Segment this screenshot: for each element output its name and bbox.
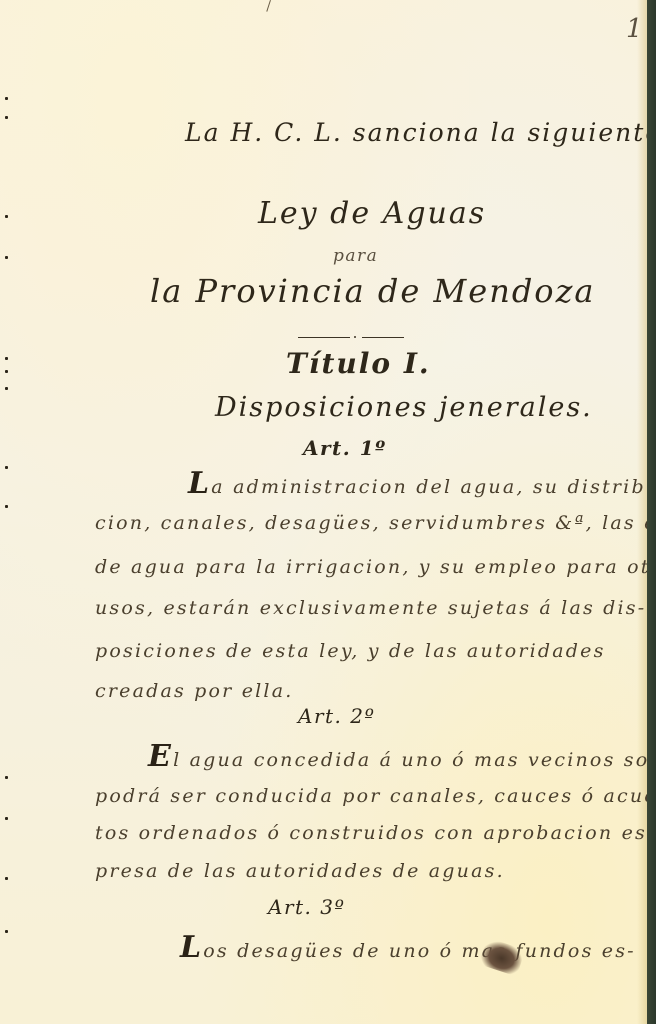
- article-text-line: a administracion del agua, su distribu-: [211, 476, 656, 498]
- binding-hole: [5, 466, 8, 469]
- decorative-rule: [298, 337, 350, 338]
- article-label: Art. 3º: [268, 895, 345, 919]
- binding-hole: [5, 930, 8, 933]
- binding-hole: [5, 215, 8, 218]
- article-text-line: usos, estarán exclusivamente sujetas á l…: [95, 597, 646, 619]
- binding-hole: [5, 505, 8, 508]
- article-3-first-line: Los desagües de uno ó mas fundos es-: [180, 930, 636, 965]
- section-title: Título I.: [286, 347, 431, 380]
- binding-hole: [5, 776, 8, 779]
- drop-initial: E: [148, 739, 173, 774]
- article-text-line: posiciones de esta ley, y de las autorid…: [95, 640, 606, 662]
- binding-hole: [5, 357, 8, 360]
- decorative-rule-dot: [354, 336, 356, 338]
- binding-hole: [5, 256, 8, 259]
- article-text-line: tos ordenados ó construidos con aprobaci…: [95, 822, 656, 844]
- drop-initial: L: [180, 930, 203, 965]
- article-text-line: os desagües de uno ó mas fundos es-: [203, 940, 635, 962]
- title-line-2: para: [333, 246, 378, 266]
- article-1-first-line: La administracion del agua, su distribu-: [188, 466, 656, 501]
- page-mark: 1: [626, 14, 644, 44]
- title-line-1: Ley de Aguas: [258, 196, 486, 231]
- article-text-line: cion, canales, desagües, servidumbres &ª…: [95, 512, 656, 534]
- binding-hole: [5, 116, 8, 119]
- binding-hole: [5, 97, 8, 100]
- article-text-line: podrá ser conducida por canales, cauces …: [95, 785, 656, 807]
- section-subtitle: Disposiciones jenerales.: [215, 392, 593, 423]
- binding-hole: [5, 387, 8, 390]
- article-text-line: presa de las autoridades de aguas.: [95, 860, 505, 882]
- binding-hole: [5, 817, 8, 820]
- header-line: La H. C. L. sanciona la siguiente: [185, 118, 656, 147]
- binding-hole: [5, 370, 8, 373]
- title-line-3: la Provincia de Mendoza: [150, 272, 596, 310]
- article-2-first-line: El agua concedida á uno ó mas vecinos so…: [148, 739, 656, 774]
- article-text-line: l agua concedida á uno ó mas vecinos sol…: [173, 749, 656, 771]
- binding-hole: [5, 877, 8, 880]
- stray-ink-stroke: [266, 0, 271, 12]
- drop-initial: L: [188, 466, 211, 501]
- article-label: Art. 1º: [303, 436, 387, 460]
- decorative-rule: [362, 337, 404, 338]
- article-text-line: de agua para la irrigacion, y su empleo …: [95, 556, 656, 578]
- manuscript-page: 1 La H. C. L. sanciona la siguiente Ley …: [0, 0, 647, 1024]
- article-text-line: creadas por ella.: [95, 680, 293, 702]
- article-label: Art. 2º: [298, 704, 375, 728]
- scanner-background-strip: [647, 0, 656, 1024]
